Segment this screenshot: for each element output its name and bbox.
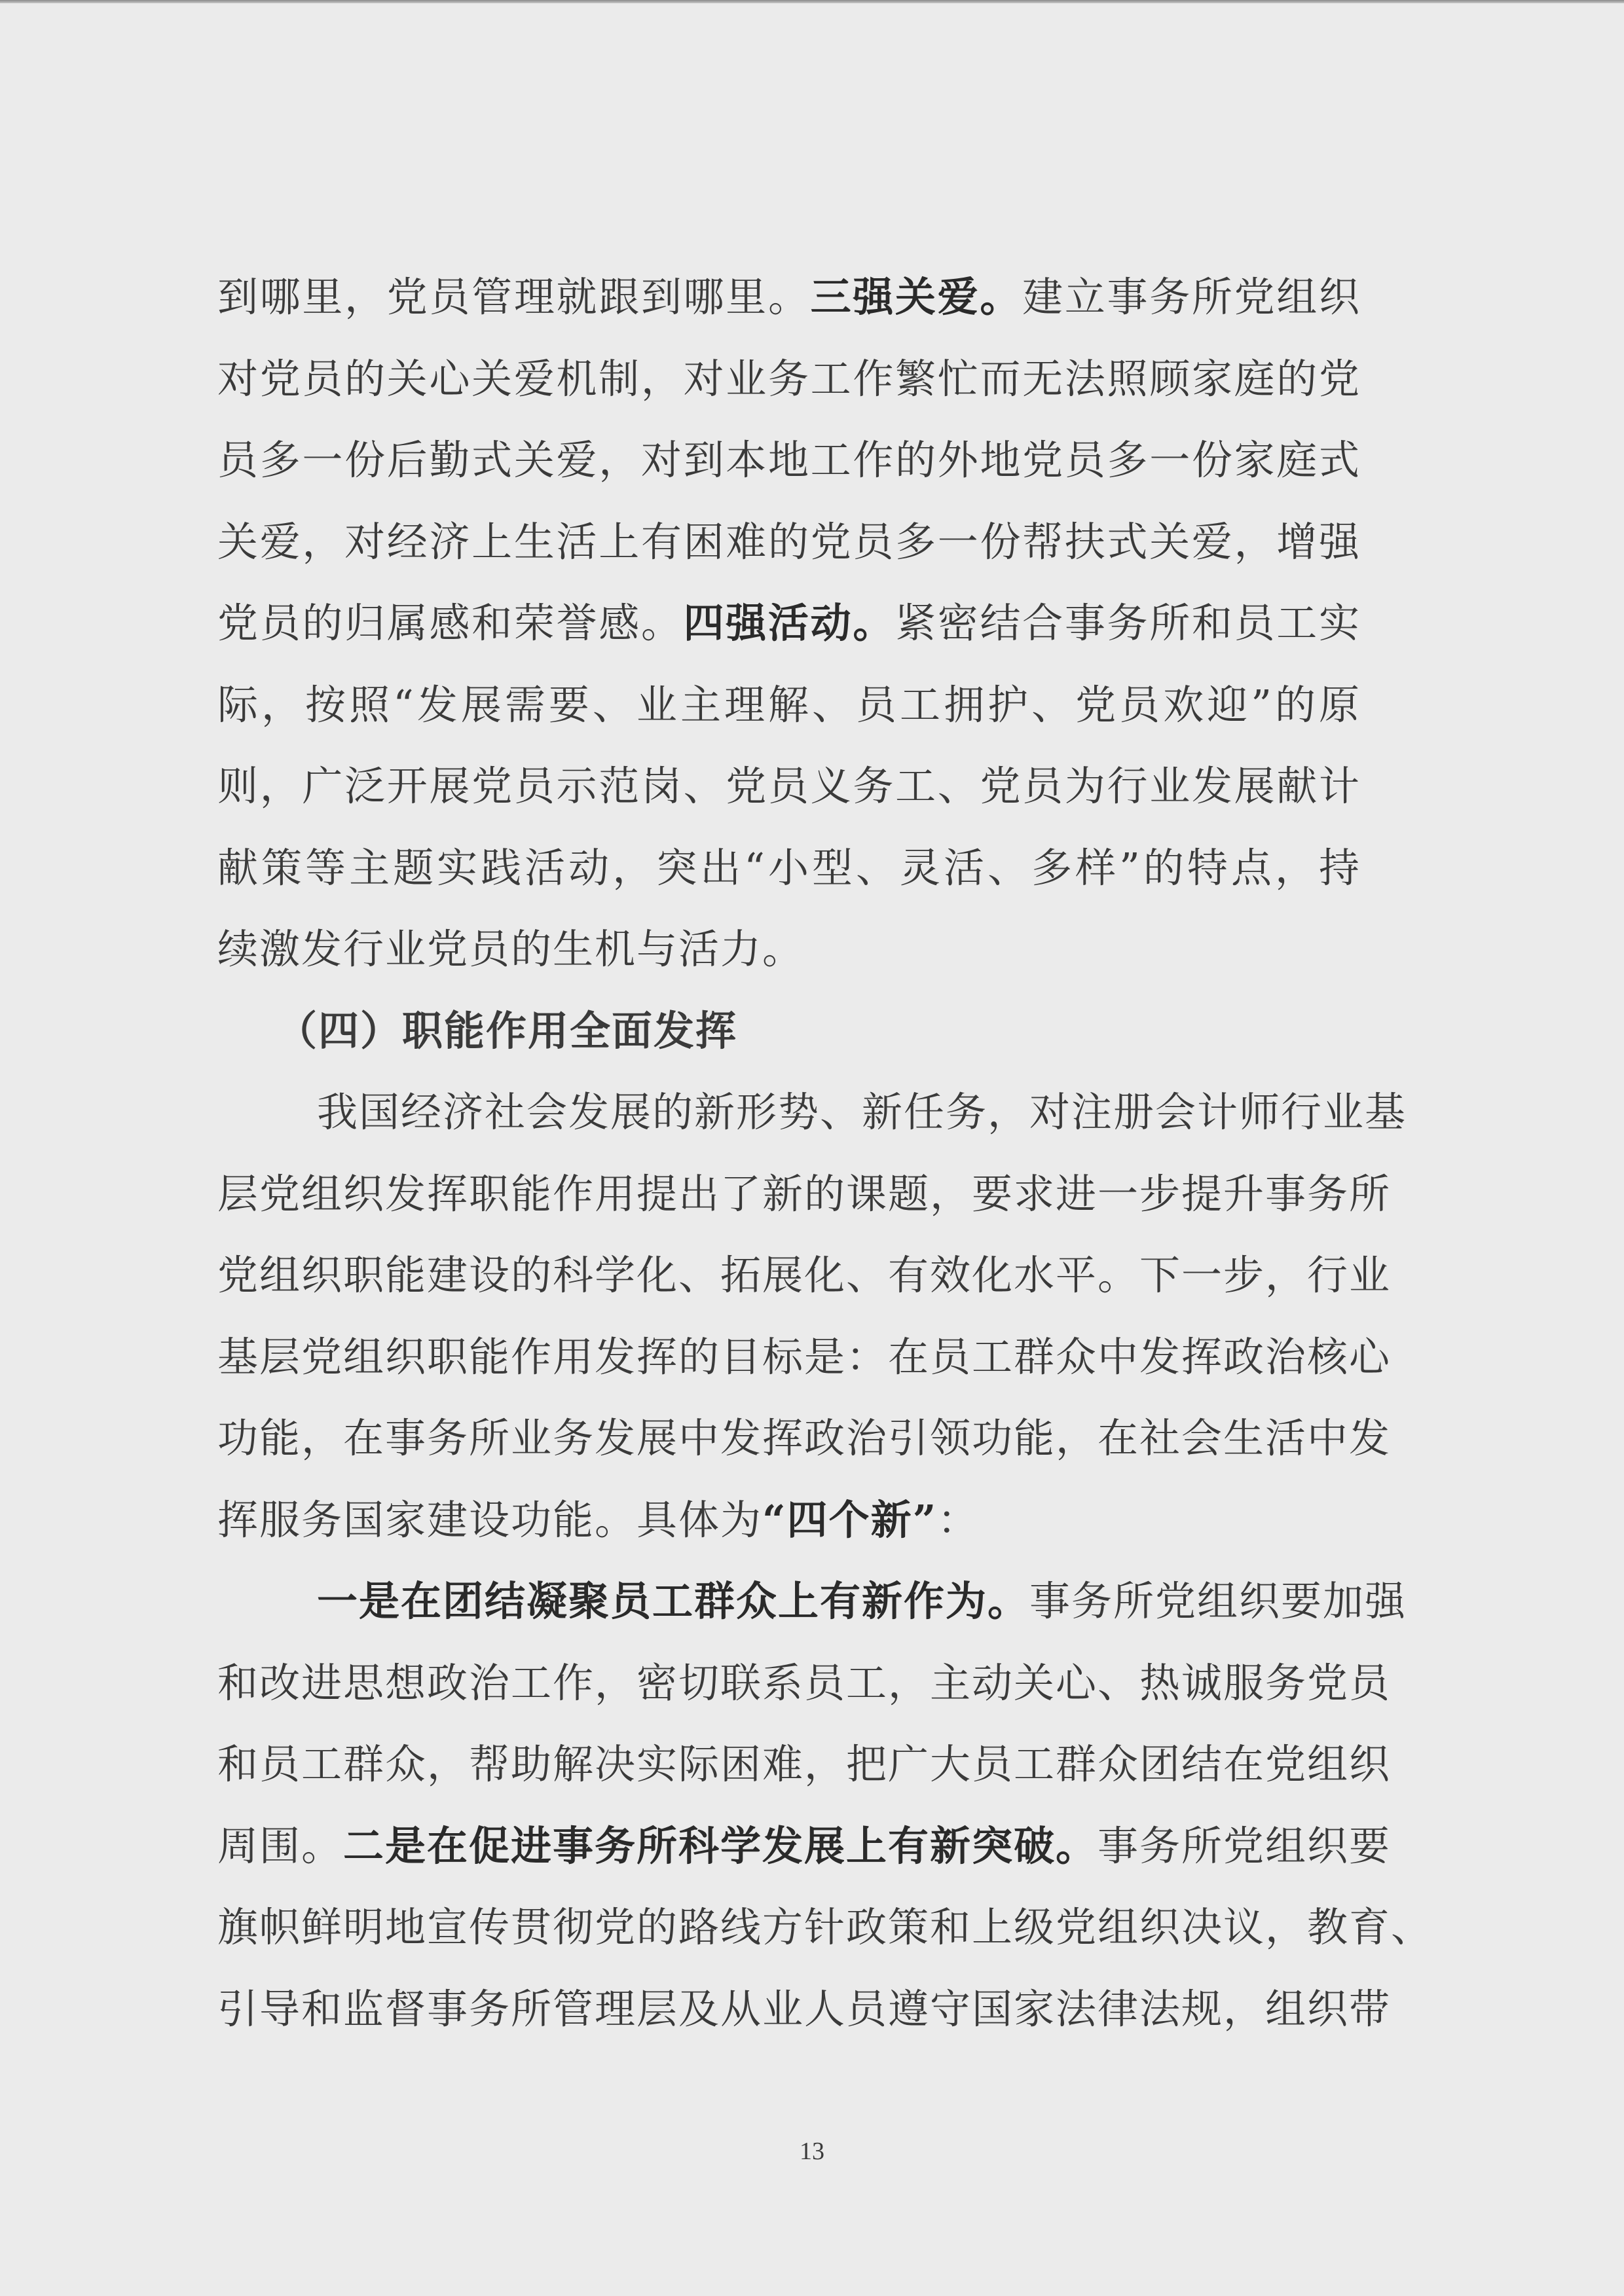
text-line: 我国经济社会发展的新形势、新任务，对注册会计师行业基: [217, 1072, 1361, 1154]
text-line: 则，广泛开展党员示范岗、党员义务工、党员为行业发展献计: [217, 746, 1361, 828]
body-text: 基层党组织职能作用发挥的目标是：在员工群众中发挥政治核心: [217, 1333, 1391, 1381]
text-line: 层党组织发挥职能作用提出了新的课题，要求进一步提升事务所: [217, 1154, 1361, 1235]
body-text: 党员的归属感和荣誉感。: [217, 599, 684, 647]
text-line: 续激发行业党员的生机与活力。: [217, 909, 1361, 991]
body-text: 挥服务国家建设功能。具体为: [217, 1496, 762, 1544]
text-line: 献策等主题实践活动，突出“小型、灵活、多样”的特点，持: [217, 828, 1361, 909]
body-text: 层党组织发挥职能作用提出了新的课题，要求进一步提升事务所: [217, 1170, 1391, 1218]
emphasis-text: 一是在团结凝聚员工群众上有新作为。: [317, 1577, 1029, 1625]
document-body: 到哪里，党员管理就跟到哪里。三强关爱。建立事务所党组织对党员的关心关爱机制，对业…: [217, 257, 1361, 2050]
body-text: 和改进思想政治工作，密切联系员工，主动关心、热诚服务党员: [217, 1659, 1391, 1707]
text-line: 基层党组织职能作用发挥的目标是：在员工群众中发挥政治核心: [217, 1317, 1361, 1398]
body-text: （四）职能作用全面发挥: [276, 1007, 737, 1055]
body-text: 际，按照“发展需要、业主理解、员工拥护、党员欢迎”的原: [217, 681, 1361, 729]
text-line: 旗帜鲜明地宣传贯彻党的路线方针政策和上级党组织决议，教育、: [217, 1887, 1361, 1969]
body-text: 党组织职能建设的科学化、拓展化、有效化水平。下一步，行业: [217, 1251, 1391, 1299]
text-line: 和员工群众，帮助解决实际困难，把广大员工群众团结在党组织: [217, 1724, 1361, 1806]
page-number: 13: [0, 2137, 1624, 2166]
text-line: 党员的归属感和荣誉感。四强活动。紧密结合事务所和员工实: [217, 583, 1361, 665]
body-text: ：: [937, 1496, 979, 1544]
body-text: 到哪里，党员管理就跟到哪里。: [217, 273, 811, 321]
body-text: 我国经济社会发展的新形势、新任务，对注册会计师行业基: [317, 1088, 1407, 1136]
body-text: 和员工群众，帮助解决实际困难，把广大员工群众团结在党组织: [217, 1740, 1391, 1788]
body-text: 建立事务所党组织: [1022, 273, 1361, 321]
body-text: 旗帜鲜明地宣传贯彻党的路线方针政策和上级党组织决议，教育、: [217, 1903, 1433, 1951]
emphasis-text: 四强活动。: [684, 599, 895, 647]
body-text: 关爱，对经济上生活上有困难的党员多一份帮扶式关爱，增强: [217, 518, 1361, 566]
scan-edge: [0, 0, 1624, 3]
text-line: 功能，在事务所业务发展中发挥政治引领功能，在社会生活中发: [217, 1398, 1361, 1480]
text-line: 际，按照“发展需要、业主理解、员工拥护、党员欢迎”的原: [217, 665, 1361, 746]
body-text: 功能，在事务所业务发展中发挥政治引领功能，在社会生活中发: [217, 1414, 1391, 1462]
emphasis-text: 三强关爱。: [811, 273, 1022, 321]
text-line: 员多一份后勤式关爱，对到本地工作的外地党员多一份家庭式: [217, 420, 1361, 501]
body-text: 事务所党组织要: [1098, 1822, 1391, 1870]
body-text: 员多一份后勤式关爱，对到本地工作的外地党员多一份家庭式: [217, 436, 1361, 484]
text-line: 周围。二是在促进事务所科学发展上有新突破。事务所党组织要: [217, 1806, 1361, 1887]
body-text: 紧密结合事务所和员工实: [895, 599, 1361, 647]
body-text: 则，广泛开展党员示范岗、党员义务工、党员为行业发展献计: [217, 762, 1361, 810]
body-text: 续激发行业党员的生机与活力。: [217, 925, 804, 973]
emphasis-text: “四个新”: [762, 1496, 937, 1544]
text-line: 和改进思想政治工作，密切联系员工，主动关心、热诚服务党员: [217, 1643, 1361, 1724]
text-line: 到哪里，党员管理就跟到哪里。三强关爱。建立事务所党组织: [217, 257, 1361, 338]
body-text: 对党员的关心关爱机制，对业务工作繁忙而无法照顾家庭的党: [217, 355, 1361, 403]
emphasis-text: 二是在促进事务所科学发展上有新突破。: [343, 1822, 1098, 1870]
body-text: 周围。: [217, 1822, 343, 1870]
body-text: 事务所党组织要加强: [1029, 1577, 1407, 1625]
text-line: 党组织职能建设的科学化、拓展化、有效化水平。下一步，行业: [217, 1235, 1361, 1317]
text-line: 引导和监督事务所管理层及从业人员遵守国家法律法规，组织带: [217, 1969, 1361, 2050]
text-line: 关爱，对经济上生活上有困难的党员多一份帮扶式关爱，增强: [217, 501, 1361, 583]
text-line: 挥服务国家建设功能。具体为“四个新”：: [217, 1480, 1361, 1561]
section-heading: （四）职能作用全面发挥: [217, 991, 1361, 1072]
body-text: 献策等主题实践活动，突出“小型、灵活、多样”的特点，持: [217, 844, 1361, 892]
text-line: 一是在团结凝聚员工群众上有新作为。事务所党组织要加强: [217, 1561, 1361, 1643]
text-line: 对党员的关心关爱机制，对业务工作繁忙而无法照顾家庭的党: [217, 338, 1361, 420]
body-text: 引导和监督事务所管理层及从业人员遵守国家法律法规，组织带: [217, 1985, 1391, 2033]
